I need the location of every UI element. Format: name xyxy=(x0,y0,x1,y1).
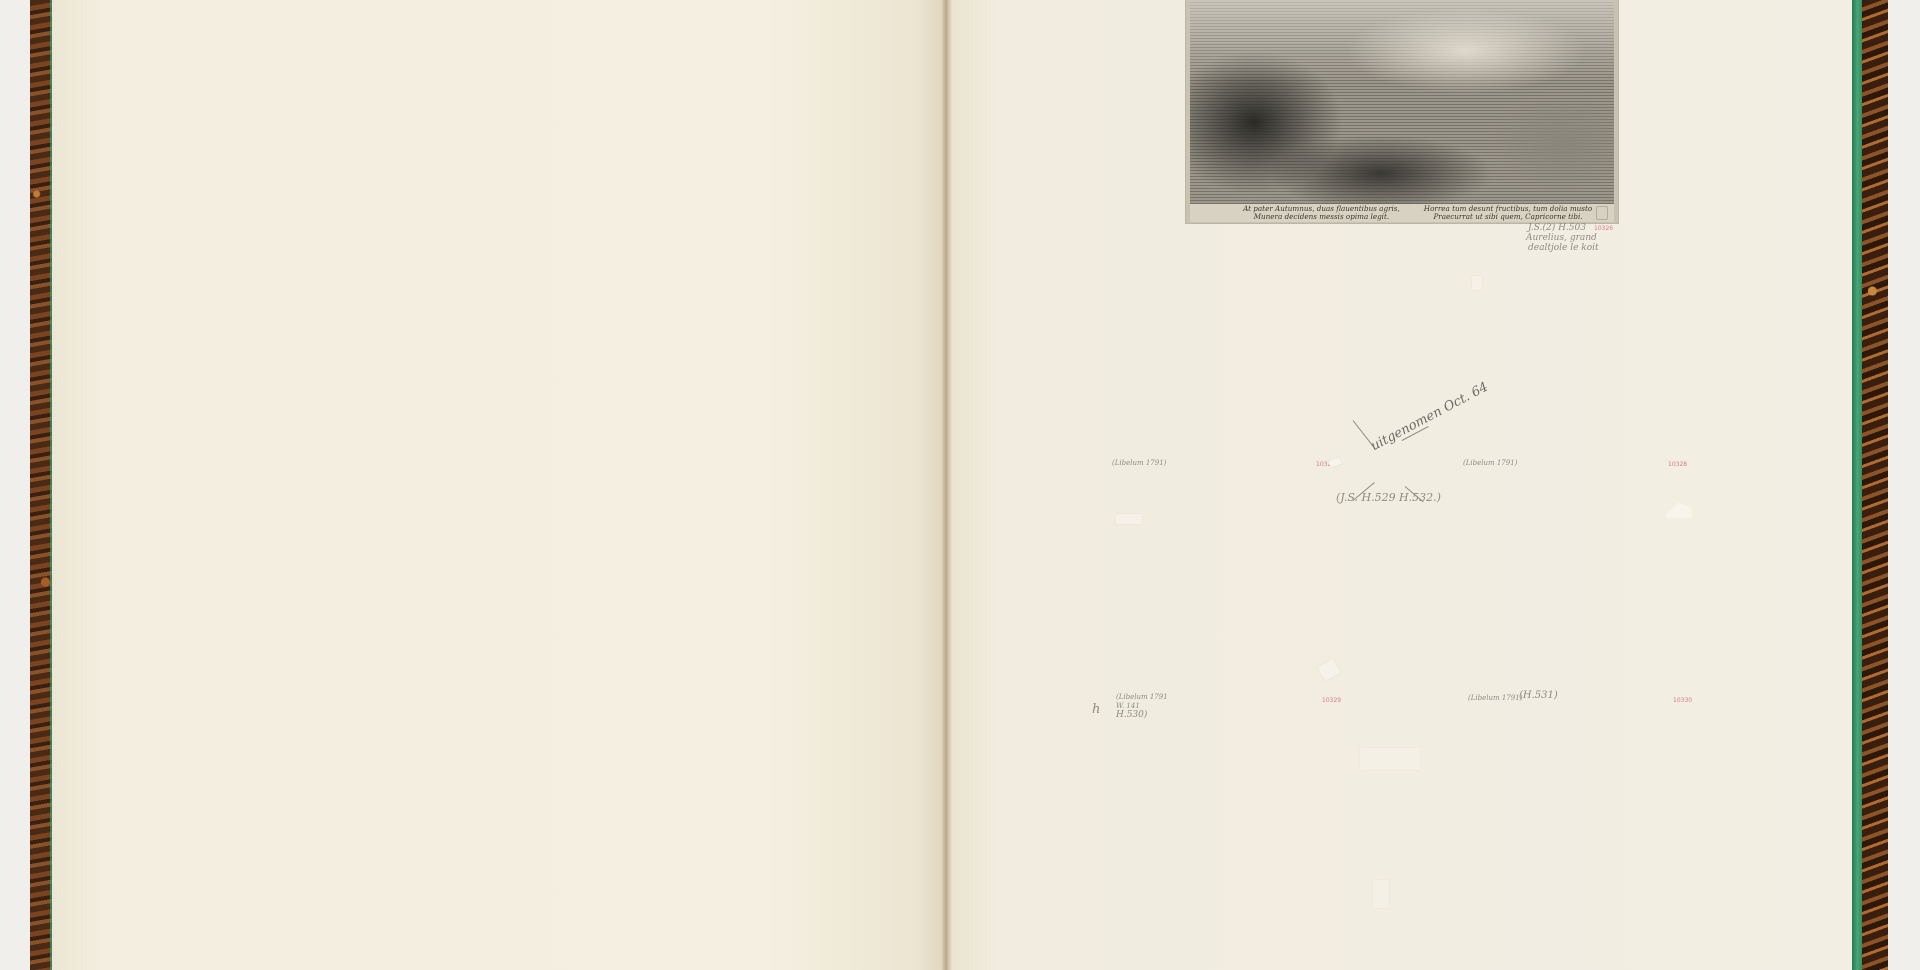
plate-reference-note: J.S.(2) H.503 xyxy=(1528,223,1586,233)
row1-stamp-right: 10328 xyxy=(1668,461,1687,468)
collector-seal-icon xyxy=(1596,206,1608,220)
inventory-stamp: 10326 xyxy=(1594,225,1613,232)
mount-fragment xyxy=(1472,276,1482,290)
row1-right-note: (Libelum 1791) xyxy=(1463,459,1517,467)
caption-right: Horrea tum desunt fructibus, tum dolia m… xyxy=(1410,205,1605,221)
mount-fragment xyxy=(1116,514,1142,524)
left-page-blank xyxy=(52,0,944,970)
plate-note-2: dealtjole le koit xyxy=(1528,243,1599,253)
row2-left-note: (Libelum 1791 W. 141 H.530) xyxy=(1116,693,1168,720)
engraving-caption: At pater Autumnus, duas flauentibus agri… xyxy=(1190,204,1614,222)
row2-left-line-3: H.530) xyxy=(1116,711,1168,720)
marbled-cover-right xyxy=(1862,0,1888,970)
row2-right-ref: (H.531) xyxy=(1519,690,1558,701)
mount-fragment xyxy=(1373,880,1389,908)
plate-note-1: Aurelius, grand xyxy=(1526,233,1597,243)
row2-left-line-1: (Libelum 1791 xyxy=(1116,693,1168,702)
center-reference-note: (J.S. H.529 H.532.) xyxy=(1336,491,1441,504)
engraving-print: At pater Autumnus, duas flauentibus agri… xyxy=(1186,0,1618,223)
caption-right-line-2: Praecurrat ut sibi quem, Capricorne tibi… xyxy=(1410,213,1605,221)
book-gutter xyxy=(942,0,952,970)
row2-stamp: 10329 xyxy=(1322,697,1341,704)
engraving-landscape-image xyxy=(1190,0,1614,204)
caption-left-line-2: Munera decidens messis opima legit. xyxy=(1224,213,1419,221)
mount-fragment xyxy=(1360,748,1420,770)
marbled-cover-left xyxy=(30,0,52,970)
row2-stamp-right: 10330 xyxy=(1673,697,1692,704)
row2-mark: h xyxy=(1092,702,1100,717)
row1-left-note: (Libelum 1791) xyxy=(1112,459,1166,467)
row2-right-note: (Libelum 1791) xyxy=(1468,694,1522,702)
caption-left: At pater Autumnus, duas flauentibus agri… xyxy=(1224,205,1419,221)
